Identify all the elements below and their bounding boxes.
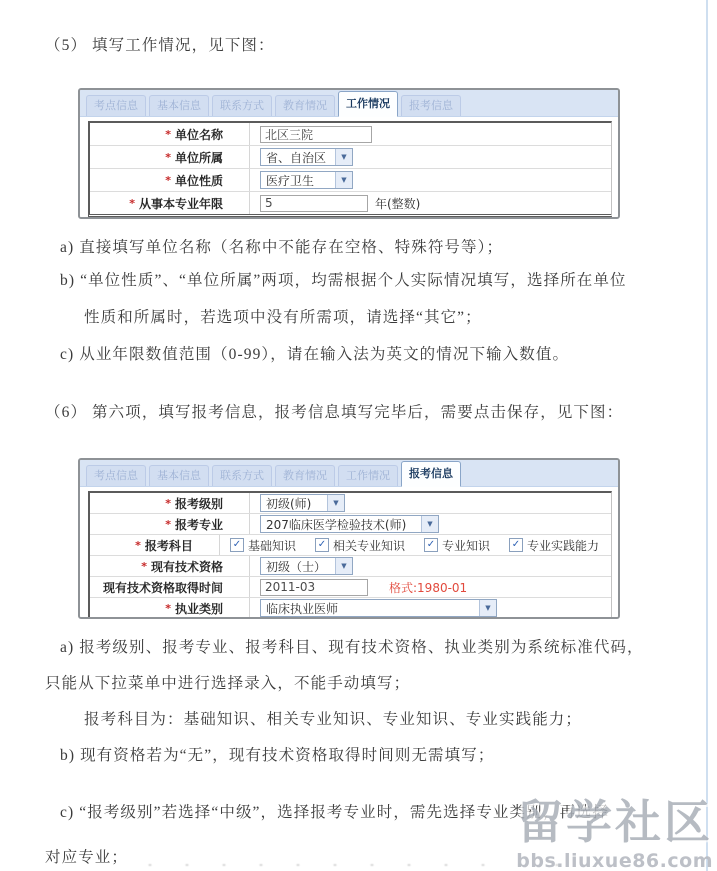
- dropdown-arrow-icon[interactable]: ▼: [421, 516, 438, 532]
- field-label-text: 现有技术资格取得时间: [103, 579, 223, 596]
- step6-heading: （6） 第六项，填写报考信息，报考信息填写完毕后，需要点击保存，见下图：: [45, 400, 623, 422]
- required-asterisk-icon: *: [165, 129, 171, 140]
- note-2a-line3: 报考科目为：基础知识、相关专业知识、专业知识、专业实践能力；: [84, 707, 582, 729]
- apply-level-select[interactable]: 初级(师) ▼: [260, 494, 345, 512]
- page-edge-line: [706, 0, 708, 871]
- work-info-form-screenshot: 考点信息 基本信息 联系方式 教育情况 工作情况 报考信息 * 单位名称 北区三…: [78, 88, 620, 219]
- document-page: （5） 填写工作情况，见下图： 考点信息 基本信息 联系方式 教育情况 工作情况…: [0, 0, 717, 871]
- field-label: * 报考专业: [90, 514, 250, 534]
- field-label: * 从事本专业年限: [90, 192, 250, 214]
- cutoff-next-line-fragment: [140, 859, 580, 871]
- subject-option: ✓ 基础知识: [230, 537, 296, 554]
- checkbox-label: 基础知识: [248, 537, 296, 554]
- unit-name-input[interactable]: 北区三院: [260, 126, 372, 143]
- checkbox-label: 专业知识: [442, 537, 490, 554]
- tab-application-info[interactable]: 报考信息: [401, 95, 461, 116]
- field-label-text: 报考级别: [175, 495, 223, 512]
- field-value: 207临床医学检验技术(师) ▼: [250, 515, 611, 533]
- tab-work-info[interactable]: 工作情况: [338, 465, 398, 486]
- select-value: 207临床医学检验技术(师): [261, 516, 421, 532]
- years-unit-suffix: 年(整数): [375, 195, 420, 212]
- form-body: * 单位名称 北区三院 * 单位所属 省、自治区 ▼: [80, 117, 618, 219]
- field-label-text: 报考专业: [175, 516, 223, 533]
- tab-basic-info[interactable]: 基本信息: [149, 95, 209, 116]
- dropdown-arrow-icon[interactable]: ▼: [335, 172, 352, 188]
- field-label-text: 现有技术资格: [151, 558, 223, 575]
- field-label: * 单位所属: [90, 146, 250, 168]
- apply-major-select[interactable]: 207临床医学检验技术(师) ▼: [260, 515, 439, 533]
- years-of-practice-input[interactable]: 5: [260, 195, 368, 212]
- tab-education-info[interactable]: 教育情况: [275, 465, 335, 486]
- tab-exam-site-info[interactable]: 考点信息: [86, 95, 146, 116]
- field-value: 临床执业医师 ▼: [250, 599, 611, 617]
- form-row: * 执业类别 临床执业医师 ▼: [90, 598, 611, 618]
- application-info-table: * 报考级别 初级(师) ▼ * 报考专业: [88, 491, 612, 619]
- date-format-hint: 格式:1980-01: [389, 579, 467, 596]
- field-label: * 单位性质: [90, 169, 250, 191]
- select-value: 医疗卫生: [261, 172, 335, 188]
- note-2a-line1: a) 报考级别、报考专业、报考科目、现有技术资格、执业类别为系统标准代码，: [60, 635, 644, 657]
- checkbox-checked-icon[interactable]: ✓: [509, 538, 523, 552]
- select-value: 临床执业医师: [261, 600, 479, 616]
- required-asterisk-icon: *: [141, 561, 147, 572]
- field-label-text: 单位所属: [175, 149, 223, 166]
- field-label: * 执业类别: [90, 598, 250, 618]
- required-asterisk-icon: *: [135, 540, 141, 551]
- field-label-text: 单位性质: [175, 172, 223, 189]
- required-asterisk-icon: *: [165, 175, 171, 186]
- work-info-table: * 单位名称 北区三院 * 单位所属 省、自治区 ▼: [88, 121, 612, 217]
- checkbox-checked-icon[interactable]: ✓: [230, 538, 244, 552]
- required-asterisk-icon: *: [165, 519, 171, 530]
- note-1b-line1: b) “单位性质”、“单位所属”两项，均需根据个人实际情况填写，选择所在单位: [60, 268, 627, 290]
- tab-contact-info[interactable]: 联系方式: [212, 95, 272, 116]
- field-label-text: 报考科目: [145, 537, 193, 554]
- note-2b: b) 现有资格若为“无”，现有技术资格取得时间则无需填写；: [60, 743, 494, 765]
- field-label: 现有技术资格取得时间: [90, 577, 250, 597]
- field-value: 2011-03 格式:1980-01: [250, 579, 611, 596]
- tab-contact-info[interactable]: 联系方式: [212, 465, 272, 486]
- subject-option: ✓ 专业实践能力: [509, 537, 599, 554]
- subject-option: ✓ 相关专业知识: [315, 537, 405, 554]
- form-row: * 报考科目 ✓ 基础知识 ✓ 相关专业知识 ✓: [90, 535, 611, 556]
- note-2c-line2: 对应专业；: [45, 845, 128, 867]
- note-1c: c) 从业年限数值范围（0-99），请在输入法为英文的情况下输入数值。: [60, 342, 569, 364]
- qualification-obtain-time-input[interactable]: 2011-03: [260, 579, 368, 596]
- form-tabstrip: 考点信息 基本信息 联系方式 教育情况 工作情况 报考信息: [80, 90, 618, 117]
- field-value: 北区三院: [250, 126, 611, 143]
- field-label-text: 单位名称: [175, 126, 223, 143]
- form-row: * 单位名称 北区三院: [90, 123, 611, 146]
- form-tabstrip: 考点信息 基本信息 联系方式 教育情况 工作情况 报考信息: [80, 460, 618, 487]
- select-value: 省、自治区: [261, 149, 335, 165]
- field-label: * 现有技术资格: [90, 556, 250, 576]
- required-asterisk-icon: *: [165, 603, 171, 614]
- application-info-form-screenshot: 考点信息 基本信息 联系方式 教育情况 工作情况 报考信息 * 报考级别 初级(…: [78, 458, 620, 619]
- form-row: * 单位性质 医疗卫生 ▼: [90, 169, 611, 192]
- form-row: 现有技术资格取得时间 2011-03 格式:1980-01: [90, 577, 611, 598]
- practice-category-select[interactable]: 临床执业医师 ▼: [260, 599, 497, 617]
- dropdown-arrow-icon[interactable]: ▼: [479, 600, 496, 616]
- required-asterisk-icon: *: [129, 198, 135, 209]
- tab-basic-info[interactable]: 基本信息: [149, 465, 209, 486]
- tab-exam-site-info[interactable]: 考点信息: [86, 465, 146, 486]
- checkbox-label: 专业实践能力: [527, 537, 599, 554]
- unit-type-select[interactable]: 医疗卫生 ▼: [260, 171, 353, 189]
- select-value: 初级（士）: [261, 558, 335, 574]
- field-value: 5 年(整数): [250, 195, 611, 212]
- step5-heading: （5） 填写工作情况，见下图：: [45, 33, 275, 55]
- field-value: 医疗卫生 ▼: [250, 171, 611, 189]
- field-value: 初级（士） ▼: [250, 557, 611, 575]
- subject-option: ✓ 专业知识: [424, 537, 490, 554]
- form-row: * 从事本专业年限 5 年(整数): [90, 192, 611, 214]
- form-row: * 报考级别 初级(师) ▼: [90, 493, 611, 514]
- checkbox-checked-icon[interactable]: ✓: [424, 538, 438, 552]
- note-2a-line2: 只能从下拉菜单中进行选择录入，不能手动填写；: [45, 671, 410, 693]
- checkbox-checked-icon[interactable]: ✓: [315, 538, 329, 552]
- dropdown-arrow-icon[interactable]: ▼: [335, 558, 352, 574]
- checkbox-label: 相关专业知识: [333, 537, 405, 554]
- field-value: 省、自治区 ▼: [250, 148, 611, 166]
- field-label-text: 执业类别: [175, 600, 223, 617]
- unit-affiliation-select[interactable]: 省、自治区 ▼: [260, 148, 353, 166]
- dropdown-arrow-icon[interactable]: ▼: [335, 149, 352, 165]
- tab-education-info[interactable]: 教育情况: [275, 95, 335, 116]
- field-label: * 单位名称: [90, 123, 250, 145]
- required-asterisk-icon: *: [165, 152, 171, 163]
- field-label: * 报考级别: [90, 493, 250, 513]
- tab-work-info[interactable]: 工作情况: [338, 91, 398, 117]
- required-asterisk-icon: *: [165, 498, 171, 509]
- form-row: * 现有技术资格 初级（士） ▼: [90, 556, 611, 577]
- dropdown-arrow-icon[interactable]: ▼: [327, 495, 344, 511]
- field-label-text: 从事本专业年限: [139, 195, 223, 212]
- field-label: * 报考科目: [90, 535, 220, 555]
- note-1a: a) 直接填写单位名称（名称中不能存在空格、特殊符号等）；: [60, 235, 503, 257]
- field-value: ✓ 基础知识 ✓ 相关专业知识 ✓ 专业知识 ✓: [220, 537, 611, 554]
- form-body: * 报考级别 初级(师) ▼ * 报考专业: [80, 487, 618, 619]
- note-2c-line1: c) “报考级别”若选择“中级”，选择报考专业时，需先选择专业类别，再选择: [60, 800, 609, 822]
- select-value: 初级(师): [261, 495, 327, 511]
- current-qualification-select[interactable]: 初级（士） ▼: [260, 557, 353, 575]
- note-1b-line2: 性质和所属时，若选项中没有所需项，请选择“其它”；: [84, 305, 482, 327]
- form-row: * 报考专业 207临床医学检验技术(师) ▼: [90, 514, 611, 535]
- tab-application-info[interactable]: 报考信息: [401, 461, 461, 487]
- form-row: * 单位所属 省、自治区 ▼: [90, 146, 611, 169]
- field-value: 初级(师) ▼: [250, 494, 611, 512]
